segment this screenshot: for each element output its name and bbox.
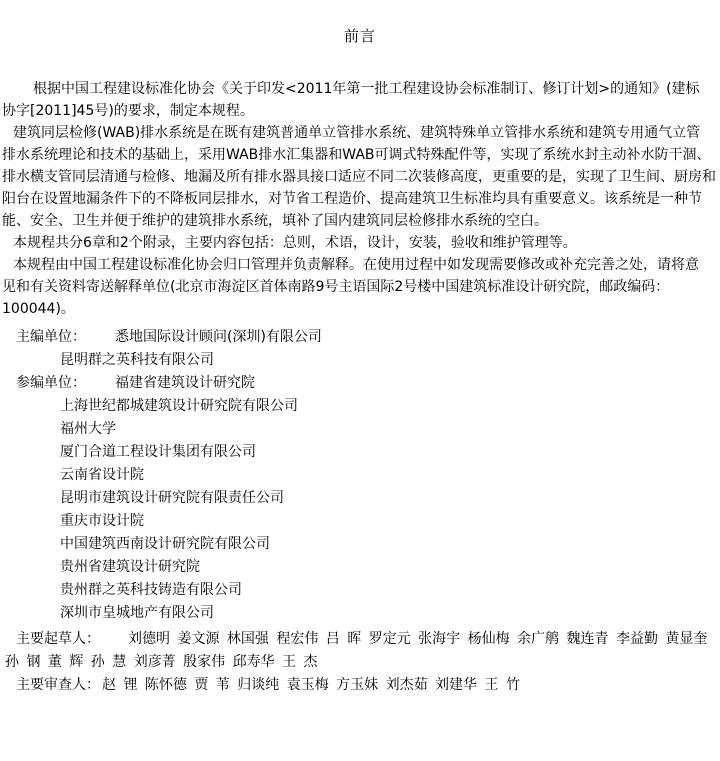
org-name: 中国建筑西南设计研究院有限公司 [0, 533, 720, 556]
page-title: 前言 [0, 27, 720, 45]
paragraph-line: 见和有关资料寄送解释单位(北京市海淀区首体南路9号主语国际2号楼中国建筑标准设计… [0, 276, 720, 298]
drafters-label: 主要起草人： [16, 628, 128, 651]
org-name: 深圳市皇城地产有限公司 [0, 602, 720, 625]
document-page: 前言 根据中国工程建设标准化协会《关于印发<2011年第一批工程建设协会标准制订… [0, 0, 720, 761]
participants-row: 参编单位：福建省建筑设计研究院 [0, 372, 720, 395]
chief-editor-row: 主编单位：悉地国际设计顾问(深圳)有限公司 [0, 326, 720, 349]
reviewers-row: 主要审查人：赵 锂 陈怀德 贾 苇 归谈纯 袁玉梅 方玉妹 刘杰茹 刘建华 王 … [0, 674, 720, 697]
drafters-row: 主要起草人：刘德明 姜文源 林国强 程宏伟 吕 晖 罗定元 张海宇 杨仙梅 余广… [0, 628, 720, 651]
org-name: 福建省建筑设计研究院 [115, 375, 255, 391]
org-name: 福州大学 [0, 418, 720, 441]
org-name: 重庆市设计院 [0, 510, 720, 533]
org-name: 上海世纪都城建筑设计研究院有限公司 [0, 395, 720, 418]
participants-label: 参编单位： [16, 372, 115, 395]
paragraph-line: 建筑同层检修(WAB)排水系统是在既有建筑普通单立管排水系统、建筑特殊单立管排水… [0, 122, 720, 144]
paragraph-line: 排水系统理论和技术的基础上，采用WAB排水汇集器和WAB可调式特殊配件等，实现了… [0, 144, 720, 166]
org-name: 昆明市建筑设计研究院有限责任公司 [0, 487, 720, 510]
paragraph-line: 排水横支管同层清通与检修、地漏及所有排水器具接口适应不同二次装修高度，更重要的是… [0, 166, 720, 188]
org-name: 贵州省建筑设计研究院 [0, 556, 720, 579]
paragraph-line: 本规程共分6章和2个附录，主要内容包括：总则，术语，设计，安装，验收和维护管理等… [0, 232, 720, 254]
paragraph-line: 本规程由中国工程建设标准化协会归口管理并负责解释。在使用过程中如发现需要修改或补… [0, 254, 720, 276]
people-section: 主要起草人：刘德明 姜文源 林国强 程宏伟 吕 晖 罗定元 张海宇 杨仙梅 余广… [0, 628, 720, 697]
drafter-names: 刘德明 姜文源 林国强 程宏伟 吕 晖 罗定元 张海宇 杨仙梅 余广鸼 魏连青 … [128, 631, 707, 647]
paragraph-line: 根据中国工程建设标准化协会《关于印发<2011年第一批工程建设协会标准制订、修订… [0, 78, 720, 100]
paragraph-line: 能、安全、卫生并便于维护的建筑排水系统，填补了国内建筑同层检修排水系统的空白。 [0, 210, 720, 232]
reviewer-names: 赵 锂 陈怀德 贾 苇 归谈纯 袁玉梅 方玉妹 刘杰茹 刘建华 王 竹 [102, 677, 520, 693]
organizations-section: 主编单位：悉地国际设计顾问(深圳)有限公司 昆明群之英科技有限公司 参编单位：福… [0, 326, 720, 625]
drafter-names: 孙 钢 董 辉 孙 慧 刘彦菁 殷家伟 邱寿华 王 杰 [0, 651, 720, 674]
paragraph-line: 协字[2011]45号)的要求，制定本规程。 [0, 100, 720, 122]
reviewers-label: 主要审查人： [16, 674, 102, 697]
org-name: 贵州群之英科技铸造有限公司 [0, 579, 720, 602]
org-name: 云南省设计院 [0, 464, 720, 487]
paragraph-line: 阳台在设置地漏条件下的不降板同层排水，对节省工程造价、提高建筑卫生标准均具有重要… [0, 188, 720, 210]
org-name: 昆明群之英科技有限公司 [0, 349, 720, 372]
org-name: 悉地国际设计顾问(深圳)有限公司 [115, 329, 322, 345]
chief-editor-label: 主编单位： [16, 326, 115, 349]
paragraph-line: 100044)。 [0, 298, 720, 320]
org-name: 厦门合道工程设计集团有限公司 [0, 441, 720, 464]
